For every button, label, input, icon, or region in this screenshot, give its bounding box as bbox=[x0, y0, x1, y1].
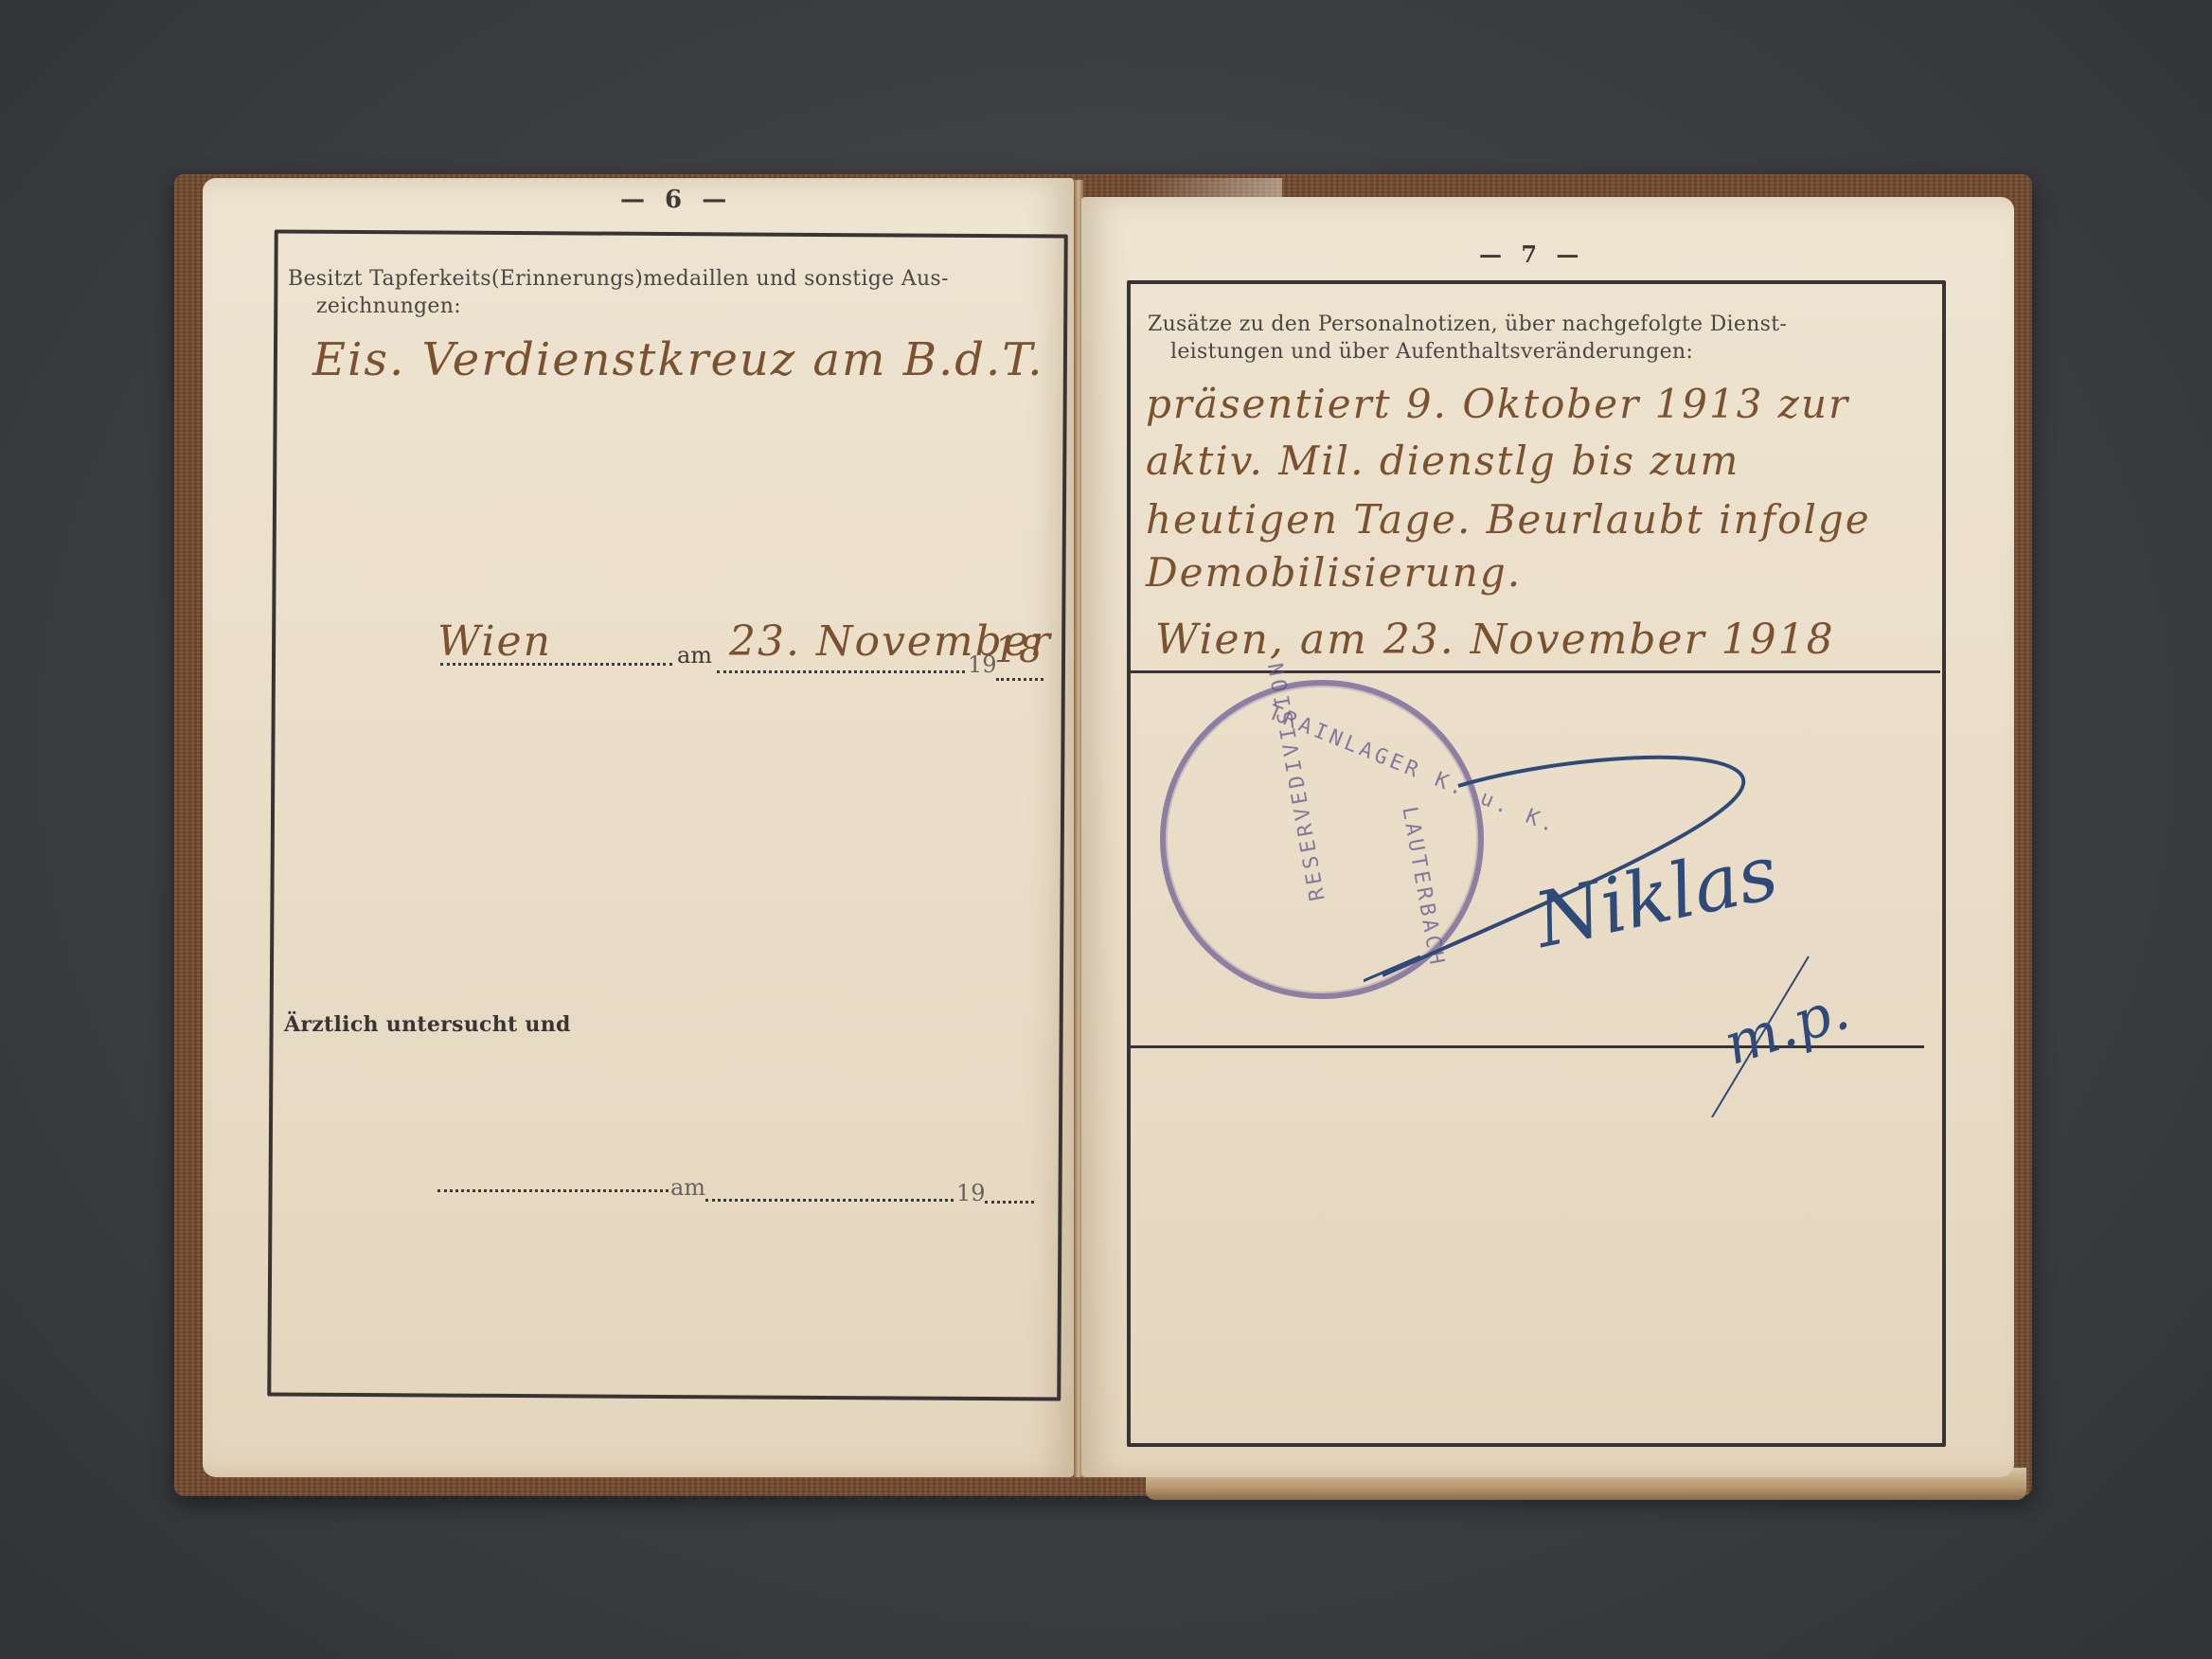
blank-date-dotline bbox=[705, 1199, 954, 1202]
date-dotline bbox=[717, 670, 965, 673]
handwritten-place-date: Wien, am 23. November 1918 bbox=[1155, 615, 1835, 664]
right-heading-line1: Zusätze zu den Personalnotizen, über nac… bbox=[1148, 311, 1934, 338]
year-prefix: 19 bbox=[968, 651, 997, 678]
divider-line-1 bbox=[1129, 670, 1940, 673]
left-heading-line2: zeichnungen: bbox=[288, 293, 1055, 320]
left-page-frame bbox=[267, 229, 1068, 1400]
am-label: am bbox=[677, 642, 712, 669]
service-note-line: präsentiert 9. Oktober 1913 zur bbox=[1146, 381, 1849, 427]
right-heading-line2: leistungen und über Aufenthaltsveränderu… bbox=[1148, 338, 1934, 366]
year-dotline bbox=[996, 678, 1044, 681]
left-heading: Besitzt Tapferkeits(Erinnerungs)medaille… bbox=[288, 265, 1055, 320]
handwritten-decoration-entry: Eis. Verdienstkreuz am B.d.T. bbox=[312, 333, 1044, 386]
page-number-right: — 7 — bbox=[1479, 241, 1584, 268]
service-note-line: Demobilisierung. bbox=[1146, 549, 1522, 596]
handwritten-place: Wien bbox=[437, 617, 552, 666]
blank-am-label: am bbox=[670, 1174, 705, 1201]
medical-exam-label: Ärztlich untersucht und bbox=[284, 1011, 571, 1039]
blank-year-prefix: 19 bbox=[956, 1180, 986, 1206]
page-number-left: — 6 — bbox=[620, 186, 732, 214]
service-note-line: aktiv. Mil. dienstlg bis zum bbox=[1146, 437, 1739, 484]
handwritten-year: 18 bbox=[994, 629, 1044, 670]
left-heading-line1: Besitzt Tapferkeits(Erinnerungs)medaille… bbox=[288, 265, 1055, 293]
place-dotline bbox=[440, 663, 672, 666]
service-note-line: heutigen Tage. Beurlaubt infolge bbox=[1146, 496, 1871, 543]
blank-place-dotline bbox=[437, 1189, 669, 1192]
blank-year-dotline bbox=[985, 1201, 1034, 1204]
right-heading: Zusätze zu den Personalnotizen, über nac… bbox=[1148, 311, 1934, 366]
